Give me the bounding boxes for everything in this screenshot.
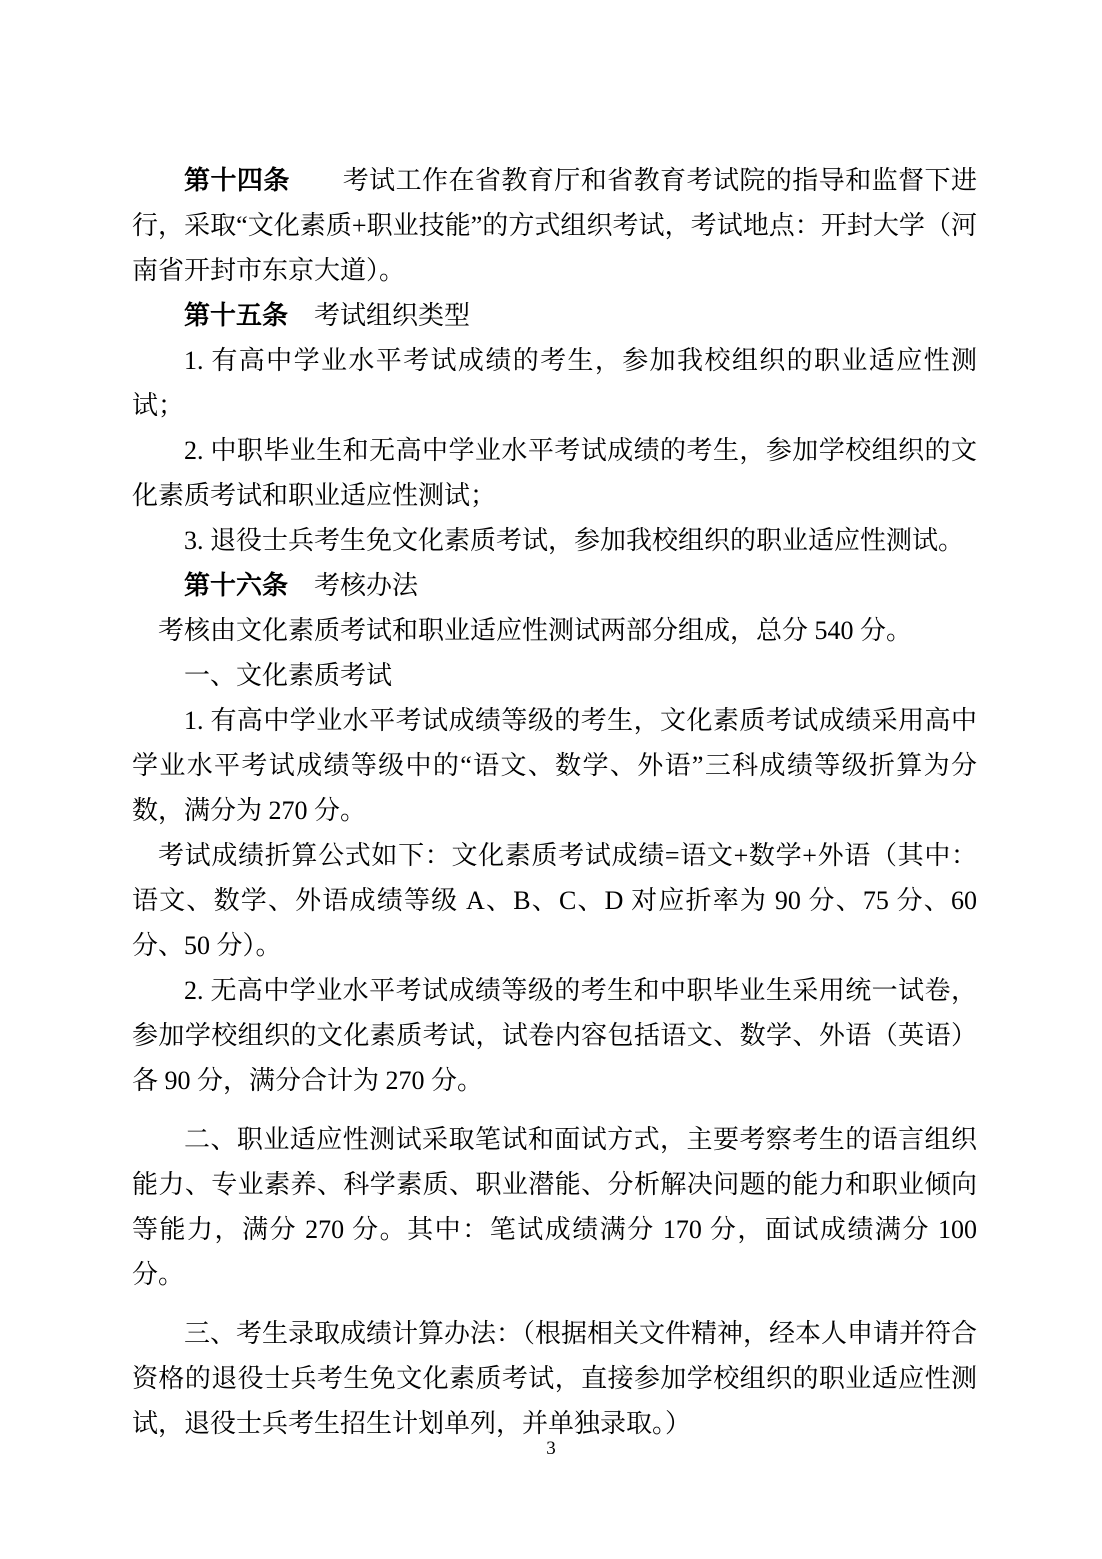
paragraph-unified-exam: 2. 无高中学业水平考试成绩等级的考生和中职毕业生采用统一试卷，参加学校组织的文… bbox=[132, 968, 977, 1103]
page-number: 3 bbox=[0, 1436, 1102, 1462]
aptitude-test-text: 二、职业适应性测试采取笔试和面试方式，主要考察考生的语言组织能力、专业素养、科学… bbox=[132, 1125, 977, 1289]
article-16-heading: 第十六条 bbox=[184, 571, 288, 600]
unified-exam-text: 2. 无高中学业水平考试成绩等级的考生和中职毕业生采用统一试卷，参加学校组织的文… bbox=[132, 976, 977, 1095]
paragraph-article-15: 第十五条 考试组织类型 bbox=[132, 293, 977, 338]
list-item-1-text: 1. 有高中学业水平考试成绩的考生，参加我校组织的职业适应性测试； bbox=[132, 346, 977, 420]
paragraph-formula: 考试成绩折算公式如下：文化素质考试成绩=语文+数学+外语（其中：语文、数学、外语… bbox=[132, 833, 977, 968]
list-item-3: 3. 退役士兵考生免文化素质考试，参加我校组织的职业适应性测试。 bbox=[132, 518, 977, 563]
article-15-heading: 第十五条 bbox=[184, 301, 288, 330]
section-heading-2-paragraph: 二、职业适应性测试采取笔试和面试方式，主要考察考生的语言组织能力、专业素养、科学… bbox=[132, 1117, 977, 1297]
admission-score-text: 三、考生录取成绩计算办法：（根据相关文件精神，经本人申请并符合资格的退役士兵考生… bbox=[132, 1319, 977, 1438]
article-16-text: 考核办法 bbox=[288, 571, 418, 600]
document-page: 第十四条 考试工作在省教育厅和省教育考试院的指导和监督下进行，采取“文化素质+职… bbox=[0, 0, 1102, 1559]
document-body: 第十四条 考试工作在省教育厅和省教育考试院的指导和监督下进行，采取“文化素质+职… bbox=[132, 158, 977, 1446]
formula-text: 考试成绩折算公式如下：文化素质考试成绩=语文+数学+外语（其中：语文、数学、外语… bbox=[132, 841, 977, 960]
section-heading-1: 一、文化素质考试 bbox=[132, 653, 977, 698]
paragraph-article-14: 第十四条 考试工作在省教育厅和省教育考试院的指导和监督下进行，采取“文化素质+职… bbox=[132, 158, 977, 293]
article-15-text: 考试组织类型 bbox=[288, 301, 470, 330]
list-item-3-text: 3. 退役士兵考生免文化素质考试，参加我校组织的职业适应性测试。 bbox=[184, 526, 964, 555]
grade-conversion-text: 1. 有高中学业水平考试成绩等级的考生，文化素质考试成绩采用高中学业水平考试成绩… bbox=[132, 706, 977, 825]
article-14-heading: 第十四条 bbox=[184, 166, 290, 195]
section-heading-1-text: 一、文化素质考试 bbox=[184, 661, 392, 690]
assessment-total-text: 考核由文化素质考试和职业适应性测试两部分组成，总分 540 分。 bbox=[158, 616, 912, 645]
paragraph-assessment-total: 考核由文化素质考试和职业适应性测试两部分组成，总分 540 分。 bbox=[132, 608, 977, 653]
section-heading-3-paragraph: 三、考生录取成绩计算办法：（根据相关文件精神，经本人申请并符合资格的退役士兵考生… bbox=[132, 1311, 977, 1446]
list-item-2-text: 2. 中职毕业生和无高中学业水平考试成绩的考生，参加学校组织的文化素质考试和职业… bbox=[132, 436, 977, 510]
list-item-2: 2. 中职毕业生和无高中学业水平考试成绩的考生，参加学校组织的文化素质考试和职业… bbox=[132, 428, 977, 518]
paragraph-article-16: 第十六条 考核办法 bbox=[132, 563, 977, 608]
list-item-1: 1. 有高中学业水平考试成绩的考生，参加我校组织的职业适应性测试； bbox=[132, 338, 977, 428]
paragraph-grade-conversion: 1. 有高中学业水平考试成绩等级的考生，文化素质考试成绩采用高中学业水平考试成绩… bbox=[132, 698, 977, 833]
